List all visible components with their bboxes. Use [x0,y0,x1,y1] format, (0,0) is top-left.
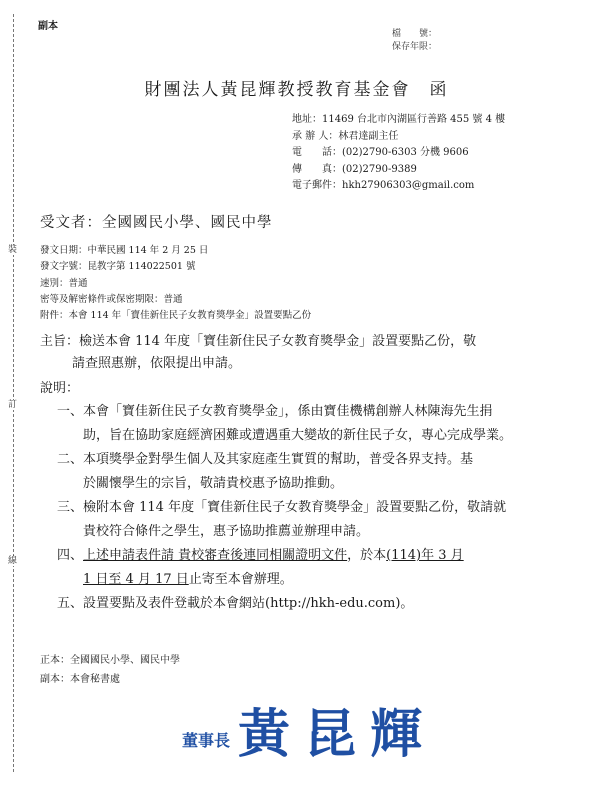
explanation-heading: 說明： [40,377,79,396]
item-3-line-2: 貴校符合條件之學生，惠予協助推薦並辦理申請。 [57,520,587,544]
email: 電子郵件：hkh27906303@gmail.com [292,178,505,195]
binding-mark-zhuang: 裝 [8,245,17,255]
file-number-label: 檔 號： [392,28,437,41]
binding-line [13,14,14,772]
item-3: 三、檢附本會 114 年度「寶佳新住民子女教育獎學金」設置要點乙份，敬請就 貴校… [57,496,587,544]
item-1-line-2: 助，旨在協助家庭經濟困難或遭遇重大變故的新住民子女，專心完成學業。 [57,424,587,448]
retention-label: 保存年限： [392,41,437,54]
subject-line-2: 請查照惠辦，依限提出申請。 [40,353,560,375]
item-4-prefix: 四、 [57,548,83,563]
issue-date: 發文日期：中華民國 114 年 2 月 25 日 [40,243,311,259]
recipient: 受文者：全國國民小學、國民中學 [40,211,273,232]
meta-block: 發文日期：中華民國 114 年 2 月 25 日 發文字號：昆教字第 11402… [40,243,311,324]
attachment: 附件：本會 114 年「寶佳新住民子女教育獎學金」設置要點乙份 [40,308,311,324]
signature: 董事長 黃昆輝 [182,705,436,765]
document-title: 財團法人黃昆輝教授教育基金會 函 [0,75,593,100]
speed: 速別：普通 [40,276,311,292]
file-meta: 檔 號： 保存年限： [392,28,437,54]
item-1-line-1: 一、本會「寶佳新住民子女教育獎學金」，係由寶佳機構創辦人林陳海先生捐 [57,404,493,419]
copy-recipients: 副本：本會秘書處 [40,670,180,689]
signature-name: 黃昆輝 [238,705,436,765]
item-1: 一、本會「寶佳新住民子女教育獎學金」，係由寶佳機構創辦人林陳海先生捐 助，旨在協… [57,400,587,448]
item-4-rest: 止寄至本會辦理。 [189,572,293,587]
subject: 主旨：檢送本會 114 年度「寶佳新住民子女教育獎學金」設置要點乙份，敬 請查照… [40,331,560,375]
contact-block: 地址：11469 台北市內湖區行善路 455 號 4 樓 承 辦 人：林君達副主… [292,112,505,195]
phone: 電 話：(02)2790-6303 分機 9606 [292,145,505,162]
fax: 傳 真：(02)2790-9389 [292,162,505,179]
address: 地址：11469 台北市內湖區行善路 455 號 4 樓 [292,112,505,129]
item-5-line-1: 五、設置要點及表件登載於本會網站(http://hkh-edu.com)。 [57,596,413,611]
document-number: 發文字號：昆教字第 114022501 號 [40,259,311,275]
signature-title: 董事長 [182,728,230,751]
subject-line-1: 主旨：檢送本會 114 年度「寶佳新住民子女教育獎學金」設置要點乙份，敬 [40,334,476,349]
item-2: 二、本項獎學金對學生個人及其家庭產生實質的幫助，普受各界支持。基 於關懷學生的宗… [57,448,587,496]
item-2-line-1: 二、本項獎學金對學生個人及其家庭產生實質的幫助，普受各界支持。基 [57,452,473,467]
item-5: 五、設置要點及表件登載於本會網站(http://hkh-edu.com)。 [57,592,587,616]
item-4-underlined-1: 上述申請表件請 貴校審查後連同相關證明文件 [83,548,347,563]
item-4-underlined-2: (114)年 3 月 [386,548,464,563]
secrecy: 密等及解密條件或保密期限：普通 [40,292,311,308]
binding-mark-ding: 訂 [8,400,17,410]
item-2-line-2: 於關懷學生的宗旨，敬請貴校惠予協助推動。 [57,472,587,496]
copy-mark: 副本 [38,17,58,32]
explanation-items: 一、本會「寶佳新住民子女教育獎學金」，係由寶佳機構創辦人林陳海先生捐 助，旨在協… [57,400,587,616]
item-4-line-2: 1 日至 4 月 17 日止寄至本會辦理。 [57,568,587,592]
item-4: 四、上述申請表件請 貴校審查後連同相關證明文件，於本(114)年 3 月 1 日… [57,544,587,592]
item-4-mid: ，於本 [347,548,386,563]
item-3-line-1: 三、檢附本會 114 年度「寶佳新住民子女教育獎學金」設置要點乙份，敬請就 [57,500,506,515]
handler: 承 辦 人：林君達副主任 [292,129,505,146]
distribution-block: 正本：全國國民小學、國民中學 副本：本會秘書處 [40,651,180,689]
original-recipients: 正本：全國國民小學、國民中學 [40,651,180,670]
item-4-deadline: 1 日至 4 月 17 日 [83,572,189,587]
binding-mark-xian: 線 [8,556,17,566]
